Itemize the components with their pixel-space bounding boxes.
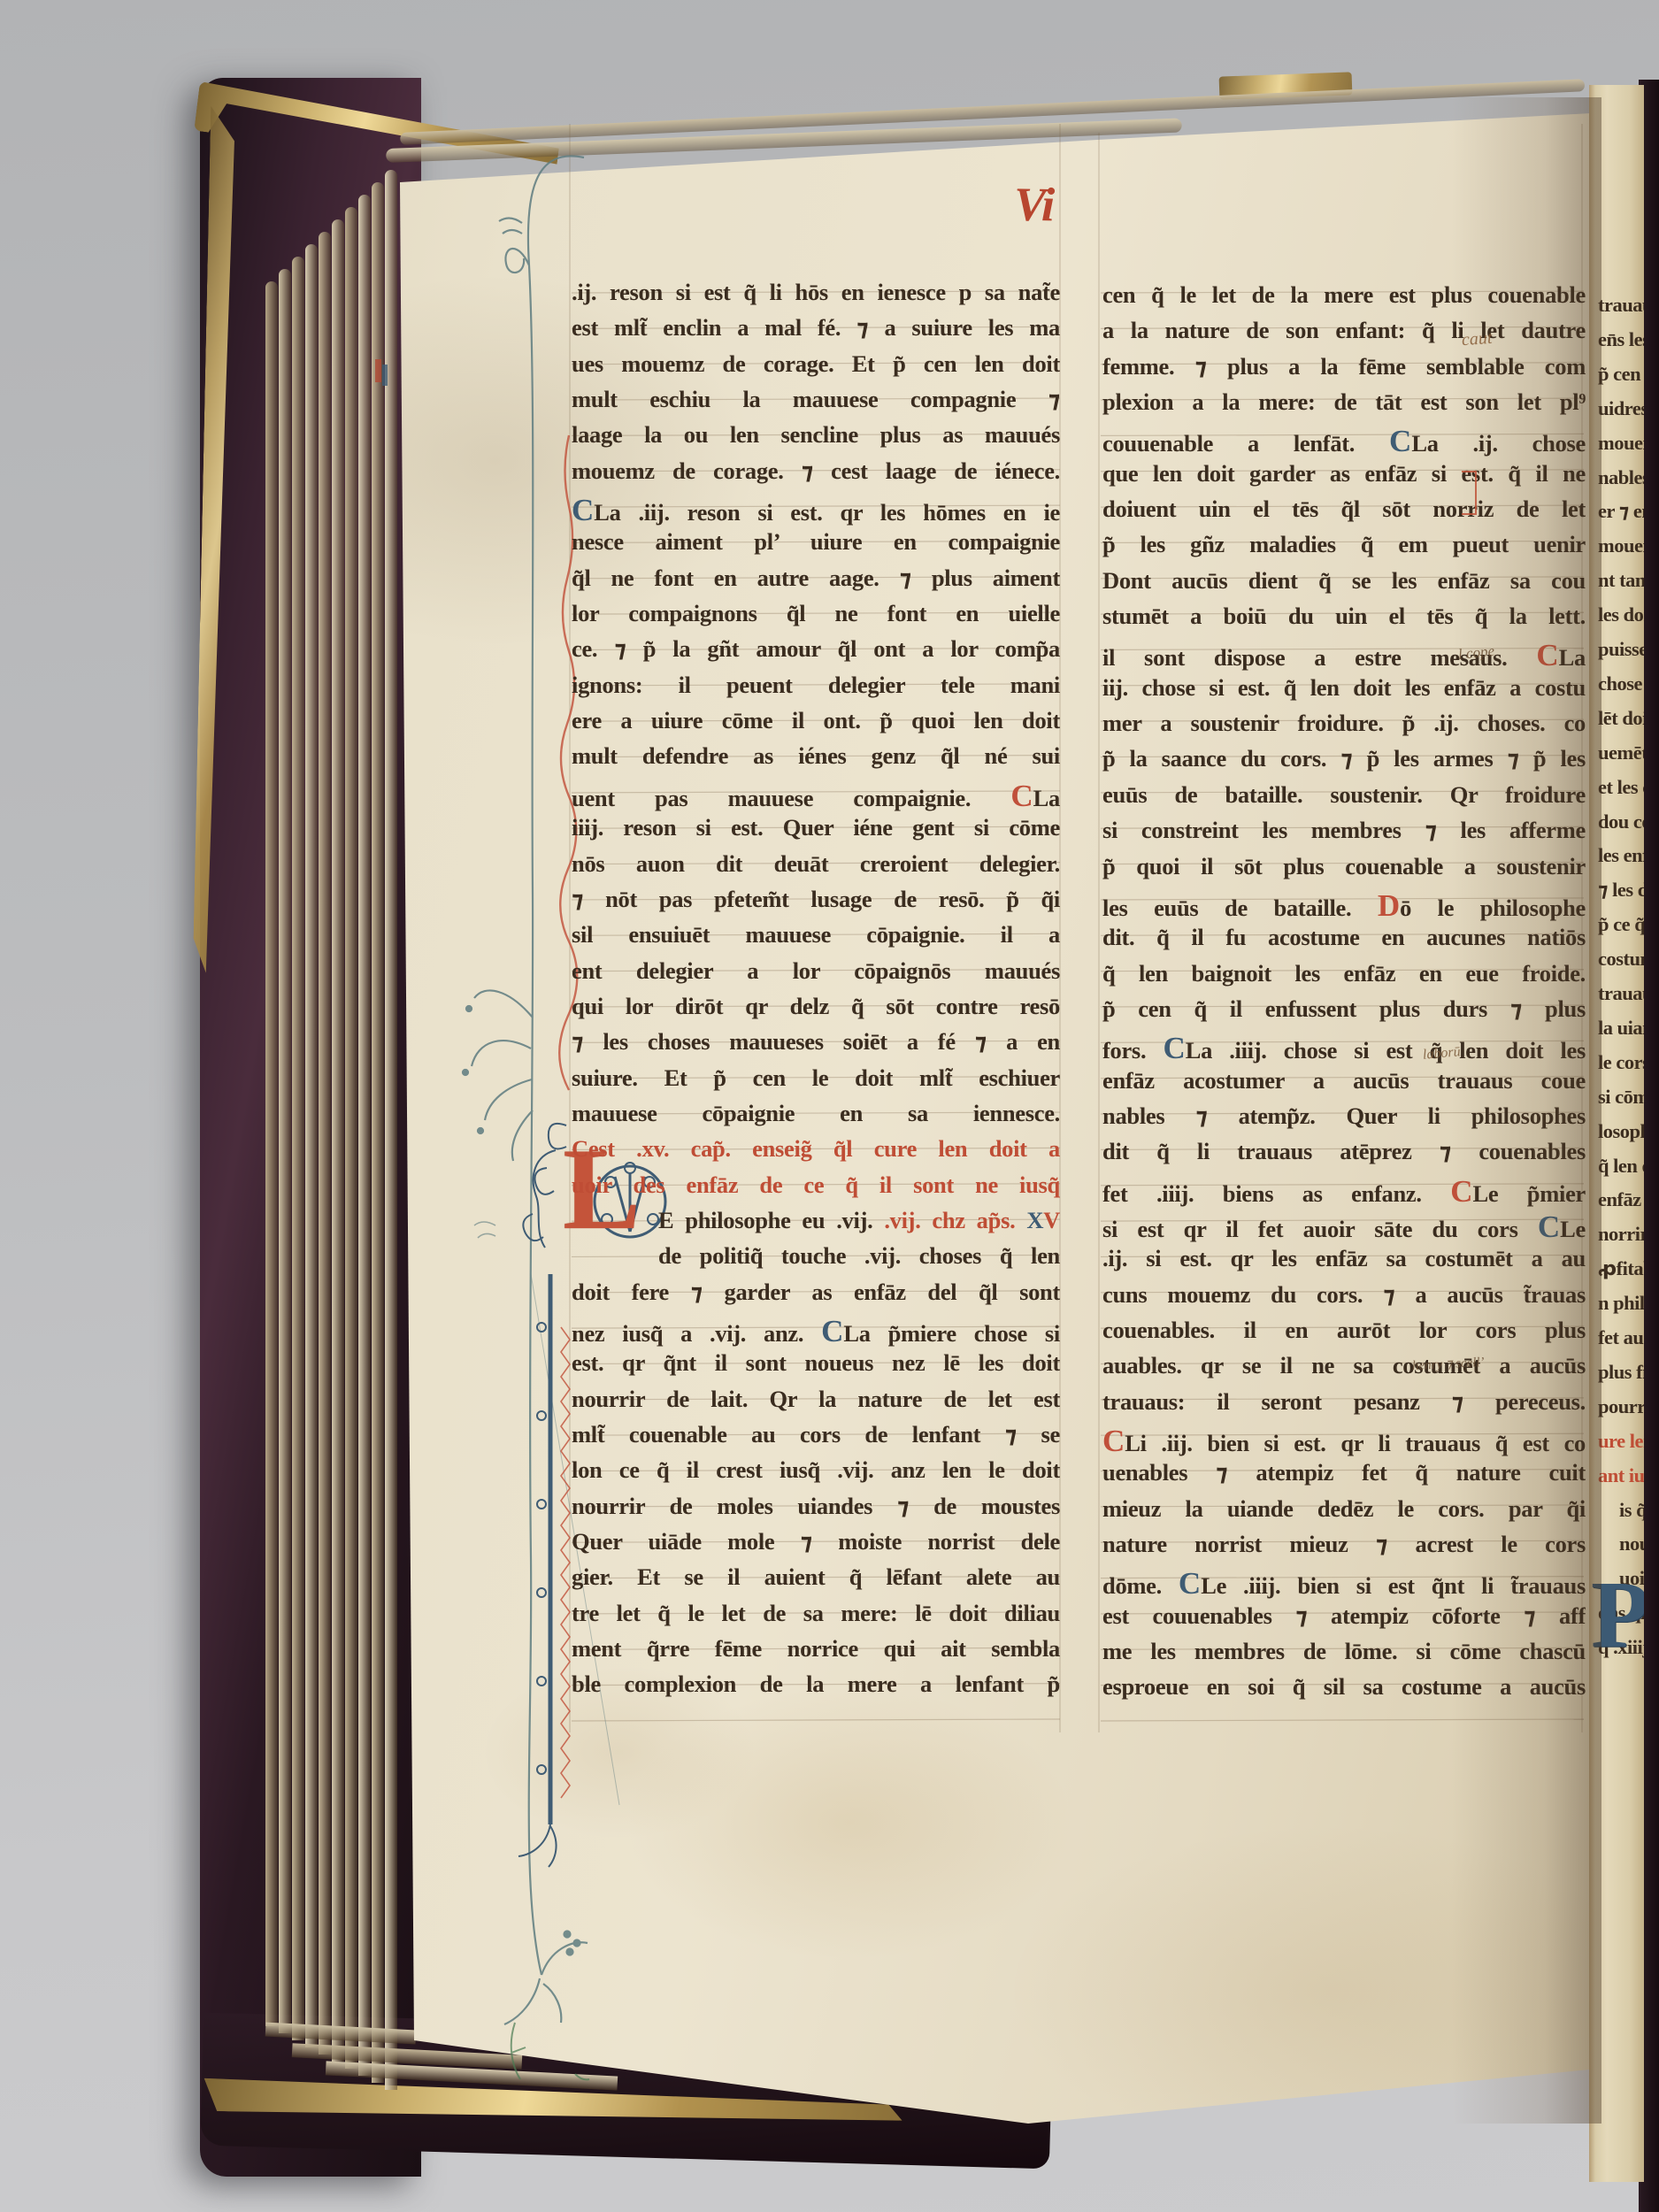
next-leaf-text-line: q̃ len doit les — [1598, 1155, 1644, 1189]
next-leaf-text-line: n philos̃ dit q̃ — [1598, 1292, 1644, 1326]
next-leaf-text-line: lēt doit fere iou — [1598, 707, 1644, 741]
next-leaf-text-line: er ⁊ enforcer. D — [1598, 500, 1644, 534]
next-leaf-text-line: en̄s les memb — [1598, 328, 1644, 363]
next-leaf-text-line: trauaus ⁊ de — [1598, 982, 1644, 1017]
next-leaf-text-line: costument a — [1598, 948, 1644, 982]
manuscript-photo: Vi L .ij. reson si est q̃ li hōs en iene… — [0, 0, 1659, 2212]
next-leaf-text-line: trauaus du cor — [1598, 294, 1644, 328]
next-leaf-text-line: le cors dōme — [1598, 1051, 1644, 1086]
next-leaf-text-line: losophe dit q̃ — [1598, 1120, 1644, 1155]
next-leaf-text-line: la uiande q̃ — [1598, 1017, 1644, 1051]
next-leaf-text-line: les doit fé a au — [1598, 603, 1644, 638]
next-leaf-text-line: si cōme li ph — [1598, 1086, 1644, 1120]
next-leaf-text-line: puisse les enfāz — [1598, 638, 1644, 672]
next-leaf-text-line: norrir ⁊ gard — [1598, 1223, 1644, 1257]
gutter-shadow — [1451, 97, 1601, 2124]
marginalia: cautl copelaborūhenry ⁊ scell’ — [0, 0, 1659, 2212]
next-leaf-text-line: enfāz de .vij. — [1598, 1188, 1644, 1223]
next-leaf-text-line: nables ⁊ atemp — [1598, 466, 1644, 501]
next-leaf-text-line: pourrir. Cest. — [1598, 1395, 1644, 1430]
next-leaf-text-line: ⁊ les doit len — [1598, 879, 1644, 913]
next-leaf-text-line: et les cors de — [1598, 776, 1644, 810]
next-leaf-text-line: p̃ cen q̃ le cen — [1598, 363, 1644, 397]
next-leaf-text-line: plus fins du co — [1598, 1361, 1644, 1395]
next-leaf-text-line: uidres len les — [1598, 397, 1644, 432]
next-leaf-text-line: dou cors q̃ il — [1598, 810, 1644, 845]
next-leaf-text-line: les enfāz ⁊ — [1598, 844, 1644, 879]
next-leaf-text-line: p̃ ce q̃ il se — [1598, 913, 1644, 948]
next-leaf-text-line: ꝓfitable a la — [1598, 1257, 1644, 1292]
next-leaf-text-line: is q̃ nos deu — [1619, 1499, 1644, 1533]
next-leaf-text-line: fet auoir force — [1598, 1326, 1644, 1361]
next-leaf-text-line: nt tantost cō — [1598, 569, 1644, 603]
next-leaf-text-line: mouemēz du c — [1598, 432, 1644, 466]
next-leaf-text-line: ure len dit ā — [1598, 1430, 1644, 1464]
next-leaf-text-line: mouemz du cor — [1598, 534, 1644, 569]
next-leaf-text-line: chose q̃ len d — [1598, 672, 1644, 707]
next-leaf-text-line: uemēt il mo — [1598, 741, 1644, 776]
next-leaf-text-line: ant iusqua. v — [1598, 1464, 1644, 1499]
